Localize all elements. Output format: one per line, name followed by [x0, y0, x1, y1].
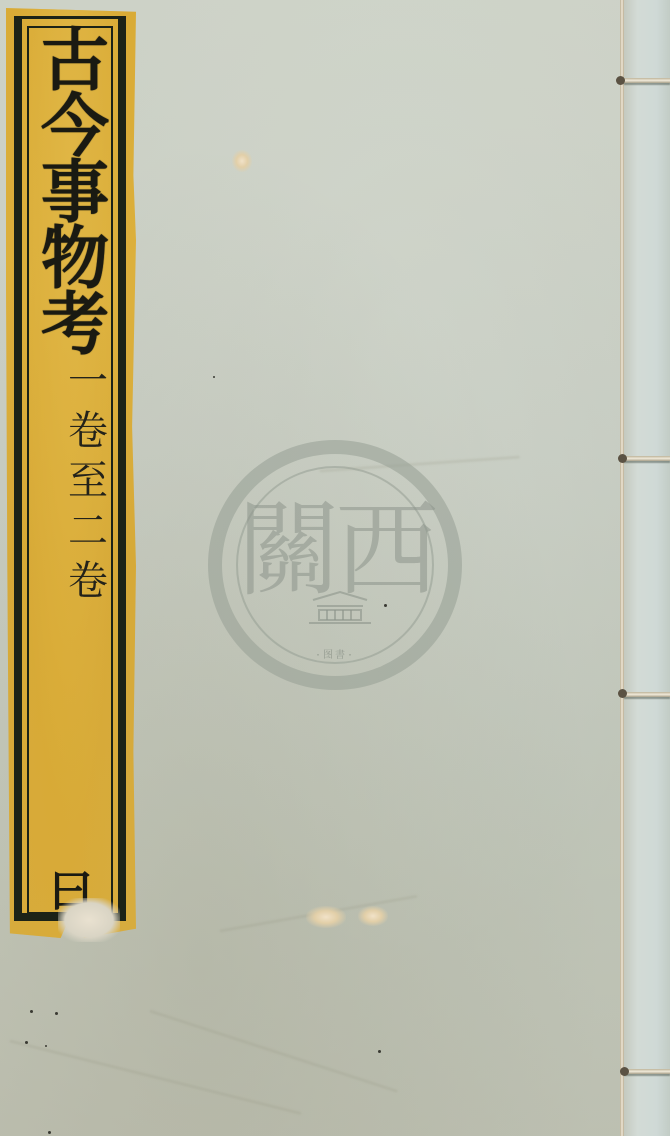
subtitle-char: 至	[68, 456, 108, 506]
book-spine	[622, 0, 670, 1136]
library-seal-foot-text: ·图書·	[236, 646, 434, 661]
paper-wear-spot	[306, 906, 346, 928]
subtitle-char: 卷	[68, 406, 108, 456]
title-char: 物	[41, 226, 109, 292]
ink-speck	[55, 1012, 58, 1015]
title-char: 今	[41, 94, 109, 160]
stitch-knot	[616, 76, 625, 85]
binding-stitch	[624, 456, 670, 461]
stitch-knot	[618, 689, 627, 698]
seal-building-icon	[305, 590, 375, 626]
paper-wear-spot	[232, 150, 252, 172]
ink-speck	[30, 1010, 33, 1013]
binding-stitch	[624, 692, 670, 697]
binding-thread	[620, 0, 624, 1136]
book-title: 古 今 事 物 考	[36, 28, 114, 358]
volume-range: 一 卷 至 二 卷	[64, 356, 112, 606]
title-char: 古	[41, 28, 109, 94]
ink-speck	[213, 376, 215, 378]
binding-stitch	[624, 1069, 670, 1074]
subtitle-char: 一	[68, 356, 108, 406]
binding-stitch	[624, 78, 670, 83]
ink-speck	[48, 1131, 51, 1134]
stitch-knot	[618, 454, 627, 463]
slip-tear	[58, 898, 120, 942]
ink-speck	[45, 1045, 47, 1047]
ink-speck	[378, 1050, 381, 1053]
stitch-knot	[620, 1067, 629, 1076]
paper-wear-spot	[358, 906, 388, 926]
title-char: 考	[41, 292, 109, 358]
title-char: 事	[41, 160, 109, 226]
subtitle-char: 二	[68, 506, 108, 556]
subtitle-char: 卷	[68, 556, 108, 606]
ink-speck	[25, 1041, 28, 1044]
